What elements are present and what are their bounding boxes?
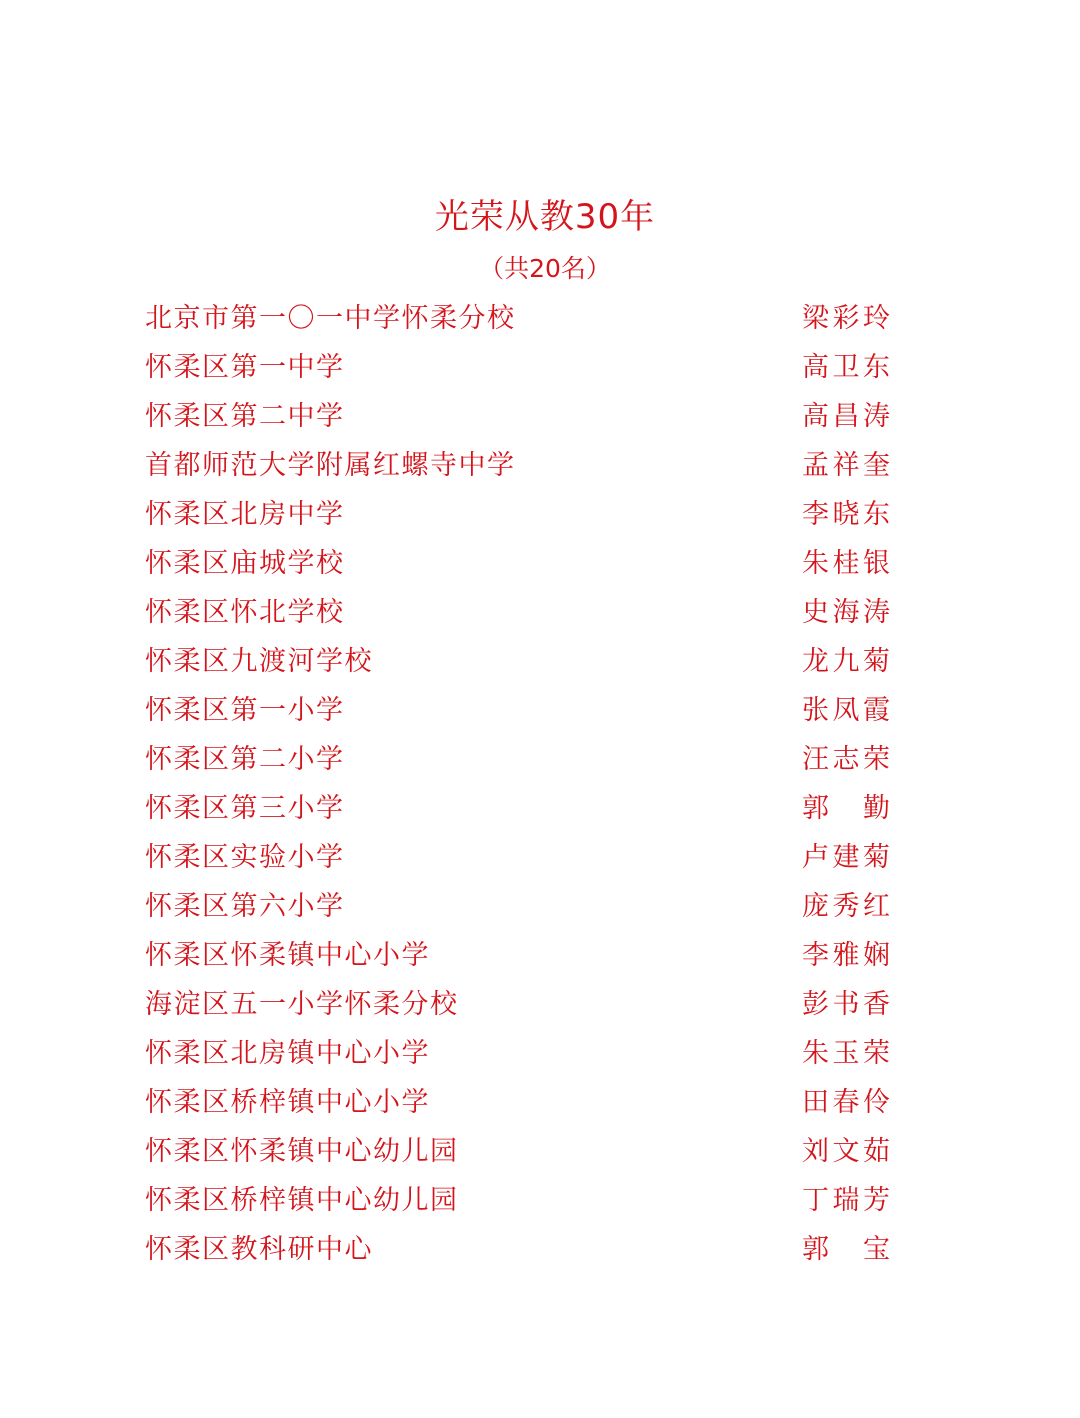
list-item: 怀柔区北房镇中心小学 朱玉荣 [145,1029,890,1078]
teacher-name: 高昌涛 [802,392,890,441]
list-item: 海淀区五一小学怀柔分校 彭书香 [145,980,890,1029]
school-name: 怀柔区第三小学 [145,784,345,833]
school-name: 海淀区五一小学怀柔分校 [145,980,459,1029]
list-item: 怀柔区第二中学 高昌涛 [145,392,890,441]
list-item: 首都师范大学附属红螺寺中学 孟祥奎 [145,441,890,490]
list-item: 怀柔区怀北学校 史海涛 [145,588,890,637]
teacher-name: 梁彩玲 [802,294,890,343]
list-item: 怀柔区庙城学校 朱桂银 [145,539,890,588]
school-name: 怀柔区怀北学校 [145,588,345,637]
school-name: 首都师范大学附属红螺寺中学 [145,441,516,490]
school-name: 怀柔区怀柔镇中心小学 [145,931,430,980]
school-name: 怀柔区第二小学 [145,735,345,784]
teacher-name: 卢建菊 [802,833,890,882]
teacher-name: 田春伶 [802,1078,890,1127]
teacher-name: 张凤霞 [802,686,890,735]
teacher-name: 彭书香 [802,980,890,1029]
teacher-name: 高卫东 [802,343,890,392]
school-name: 怀柔区庙城学校 [145,539,345,588]
teacher-name: 郭 宝 [802,1225,890,1274]
school-name: 怀柔区教科研中心 [145,1225,373,1274]
teacher-name: 丁瑞芳 [802,1176,890,1225]
school-name: 怀柔区北房镇中心小学 [145,1029,430,1078]
school-name: 北京市第一〇一中学怀柔分校 [145,294,516,343]
school-name: 怀柔区九渡河学校 [145,637,373,686]
school-name: 怀柔区第一中学 [145,343,345,392]
school-name: 怀柔区第六小学 [145,882,345,931]
teacher-name: 龙九菊 [802,637,890,686]
list-item: 怀柔区怀柔镇中心幼儿园 刘文茹 [145,1127,890,1176]
list-item: 怀柔区九渡河学校 龙九菊 [145,637,890,686]
school-name: 怀柔区第二中学 [145,392,345,441]
teacher-name: 朱桂银 [802,539,890,588]
list-item: 怀柔区第一小学 张凤霞 [145,686,890,735]
teacher-name: 李雅娴 [802,931,890,980]
teacher-name: 史海涛 [802,588,890,637]
page-subtitle: （共20名） [0,250,1080,288]
school-name: 怀柔区怀柔镇中心幼儿园 [145,1127,459,1176]
page-title: 光荣从教30年 [0,193,1080,241]
teacher-name: 郭 勤 [802,784,890,833]
teacher-name: 朱玉荣 [802,1029,890,1078]
school-name: 怀柔区桥梓镇中心小学 [145,1078,430,1127]
list-item: 怀柔区第三小学 郭 勤 [145,784,890,833]
list-item: 怀柔区第六小学 庞秀红 [145,882,890,931]
list-item: 怀柔区桥梓镇中心小学 田春伶 [145,1078,890,1127]
list-item: 怀柔区教科研中心 郭 宝 [145,1225,890,1274]
list-item: 怀柔区怀柔镇中心小学 李雅娴 [145,931,890,980]
school-name: 怀柔区实验小学 [145,833,345,882]
list-item: 北京市第一〇一中学怀柔分校 梁彩玲 [145,294,890,343]
list-item: 怀柔区第一中学 高卫东 [145,343,890,392]
list-item: 怀柔区桥梓镇中心幼儿园 丁瑞芳 [145,1176,890,1225]
document-page: 光荣从教30年 （共20名） 北京市第一〇一中学怀柔分校 梁彩玲 怀柔区第一中学… [0,0,1080,1418]
list-item: 怀柔区第二小学 汪志荣 [145,735,890,784]
teacher-name: 李晓东 [802,490,890,539]
school-name: 怀柔区桥梓镇中心幼儿园 [145,1176,459,1225]
teacher-name: 刘文茹 [802,1127,890,1176]
list-item: 怀柔区北房中学 李晓东 [145,490,890,539]
list-item: 怀柔区实验小学 卢建菊 [145,833,890,882]
school-name: 怀柔区北房中学 [145,490,345,539]
teacher-name: 汪志荣 [802,735,890,784]
teacher-name: 庞秀红 [802,882,890,931]
teacher-name: 孟祥奎 [802,441,890,490]
honoree-list: 北京市第一〇一中学怀柔分校 梁彩玲 怀柔区第一中学 高卫东 怀柔区第二中学 高昌… [145,294,890,1274]
school-name: 怀柔区第一小学 [145,686,345,735]
